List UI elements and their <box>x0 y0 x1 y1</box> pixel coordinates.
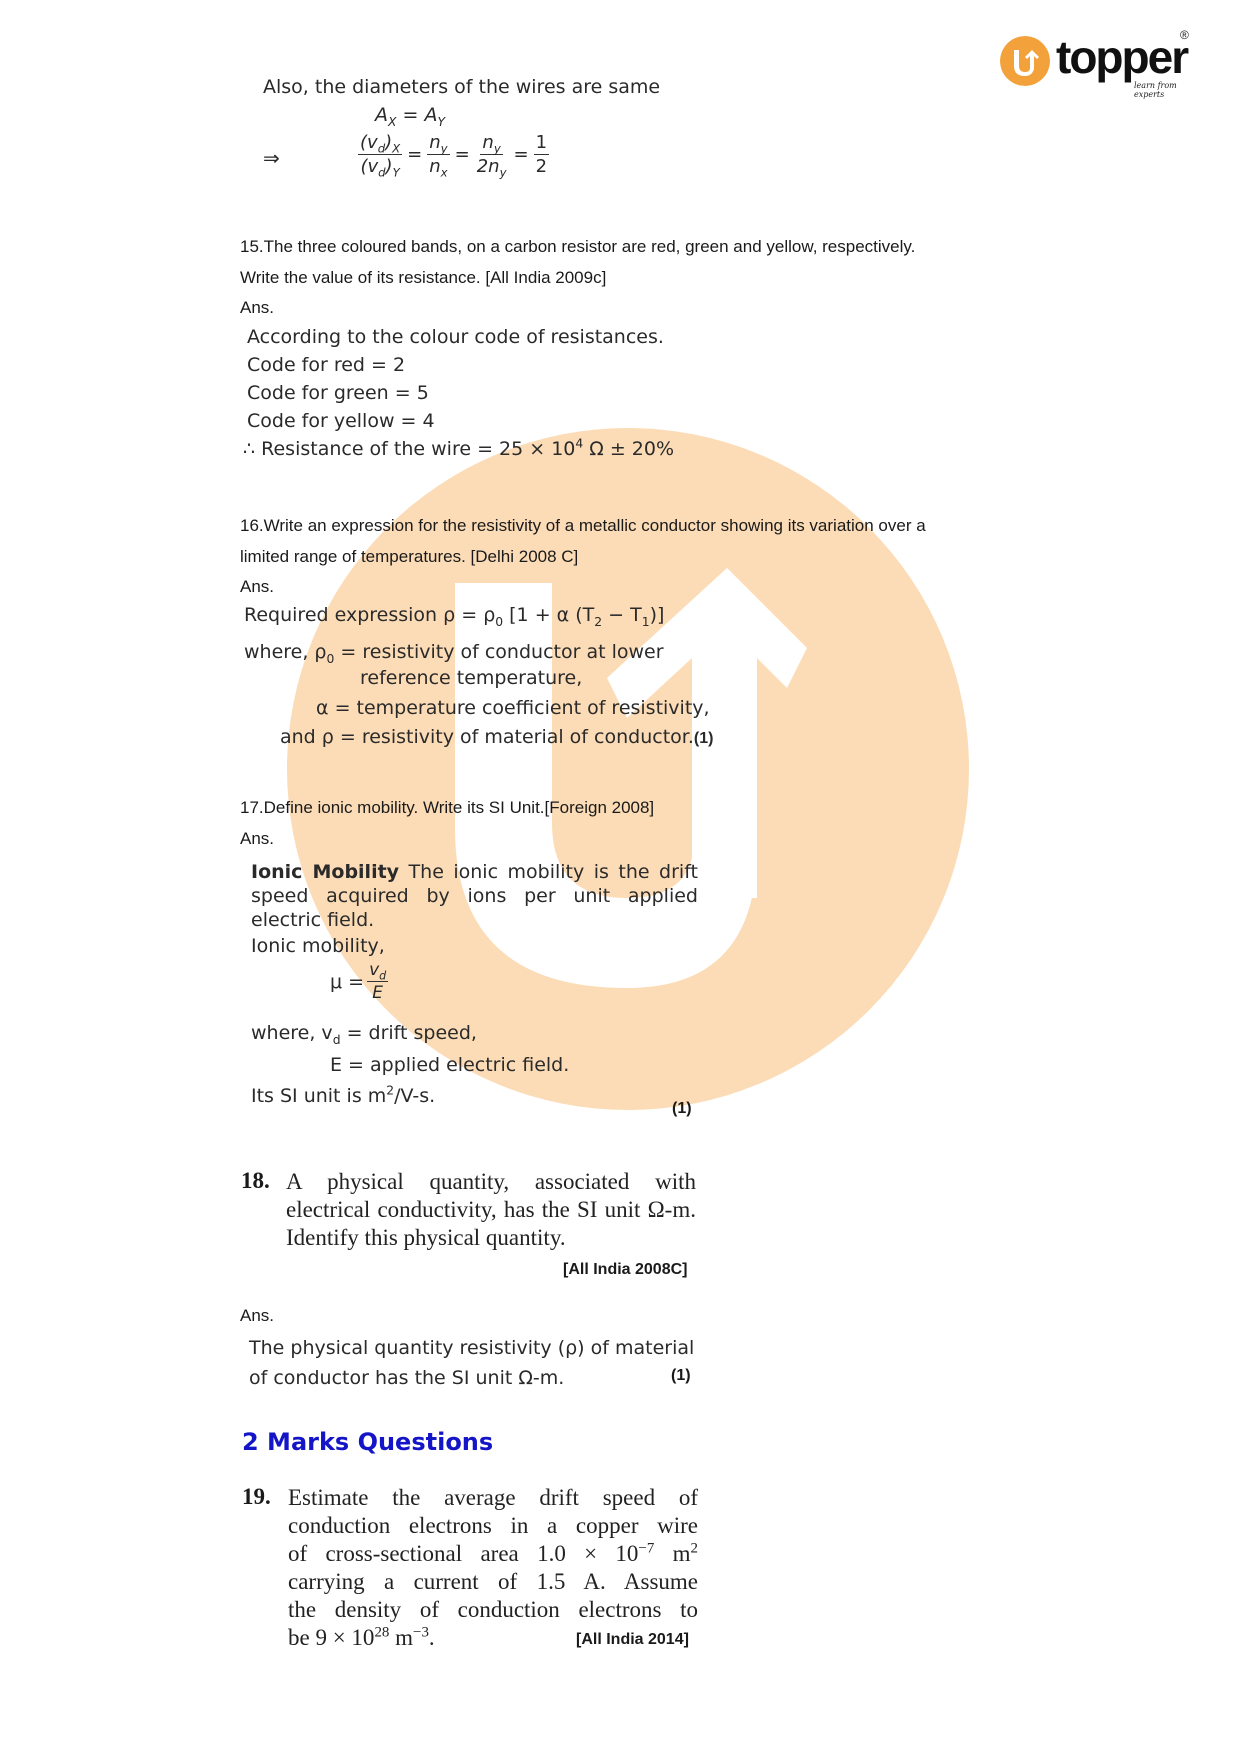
q16-where1-cont: reference temperature, <box>360 667 582 689</box>
section-heading: 2 Marks Questions <box>242 1428 493 1456</box>
q15-a2: Code for red = 2 <box>247 354 405 376</box>
q16-line1: 16.Write an expression for the resistivi… <box>240 516 926 536</box>
q17-where1: where, vd = drift speed, <box>251 1022 477 1044</box>
q15-a5: ∴ Resistance of the wire = 25 × 104 Ω ± … <box>243 438 674 460</box>
q19-text: Estimate the average drift speed of cond… <box>288 1484 698 1652</box>
q17-unit: Its SI unit is m2/V-s. <box>251 1085 435 1107</box>
q15-line1: 15.The three coloured bands, on a carbon… <box>240 237 915 257</box>
q17-mark: (1) <box>672 1100 692 1118</box>
brand-tagline: learn from experts <box>1134 81 1200 99</box>
brand-name: topper <box>1056 30 1187 84</box>
q17-line1: 17.Define ionic mobility. Write its SI U… <box>240 798 654 818</box>
q16-line2: limited range of temperatures. [Delhi 20… <box>240 547 578 567</box>
area-equation: AX = AY <box>375 104 445 126</box>
q15-a4: Code for yellow = 4 <box>247 410 435 432</box>
q19-number: 19. <box>242 1484 271 1510</box>
q17-ans-label: Ans. <box>240 829 274 849</box>
q15-a3: Code for green = 5 <box>247 382 429 404</box>
q16-mark: (1) <box>694 730 714 747</box>
topper-logo[interactable]: topper ® learn from experts <box>1000 28 1200 98</box>
q17-label: Ionic mobility, <box>251 935 385 957</box>
u-arrow-logo-icon <box>1000 36 1050 86</box>
q18-citation: [All India 2008C] <box>563 1261 687 1279</box>
q15-ans-label: Ans. <box>240 298 274 318</box>
drift-ratio-equation: (vd)X (vd)Y = ny nx = ny 2ny = 1 2 <box>355 132 552 177</box>
q15-line2: Write the value of its resistance. [All … <box>240 268 606 288</box>
q18-number: 18. <box>241 1168 270 1194</box>
q16-ans-label: Ans. <box>240 577 274 597</box>
q19-citation: [All India 2014] <box>576 1631 689 1649</box>
implies-symbol: ⇒ <box>263 146 280 170</box>
q17-formula: μ = vd E <box>330 960 391 1003</box>
intro-line: Also, the diameters of the wires are sam… <box>263 76 660 98</box>
q18-mark: (1) <box>671 1367 691 1385</box>
q16-where3: and ρ = resistivity of material of condu… <box>280 726 713 748</box>
q15-a1: According to the colour code of resistan… <box>247 326 664 348</box>
q16-where1: where, ρ0 = resistivity of conductor at … <box>244 641 664 663</box>
q16-expression: Required expression ρ = ρ0 [1 + α (T2 − … <box>244 604 664 626</box>
q17-where2: E = applied electric field. <box>330 1054 569 1076</box>
q17-definition: Ionic Mobility The ionic mobility is the… <box>251 860 698 932</box>
q18-answer: The physical quantity resistivity (ρ) of… <box>249 1333 699 1393</box>
q18-ans-label: Ans. <box>240 1306 274 1326</box>
registered-mark: ® <box>1180 28 1189 42</box>
q16-where2: α = temperature coefficient of resistivi… <box>316 697 710 719</box>
